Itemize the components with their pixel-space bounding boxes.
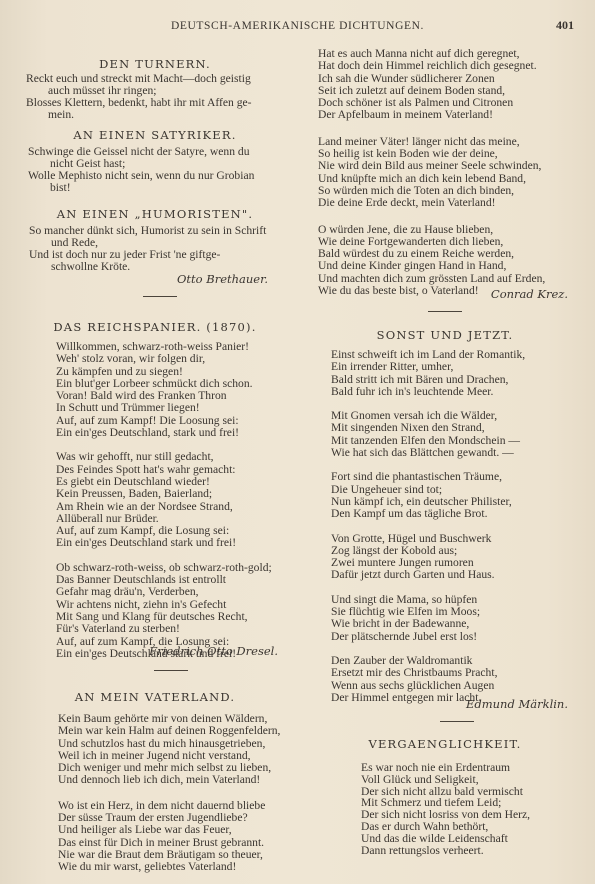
verse-line: In Schutt und Trümmer liegen! <box>56 402 296 414</box>
verse-line: Und dennoch lieb ich dich, mein Vaterlan… <box>58 774 308 786</box>
author-edmund-maerklin: Edmund Märklin. <box>310 697 568 711</box>
poem-title-sonst-und-jetzt: SONST UND JETZT. <box>310 328 580 342</box>
verse-line: Wie bricht in der Badewanne, <box>331 618 581 630</box>
verse-line: Nie wird dein Bild aus meiner Seele schw… <box>318 160 588 172</box>
verse-line: Mein war kein Halm auf deinen Roggenfeld… <box>58 725 308 737</box>
poem-den-turnern: Reckt euch und streckt mit Macht—doch ge… <box>26 73 296 121</box>
verse-line: Und das die wilde Leidenschaft <box>361 833 591 845</box>
verse-line: Weh' stolz voran, wir folgen dir, <box>56 353 296 365</box>
verse-line: Dann rettungslos verheert. <box>361 845 591 857</box>
stanza: Mit Gnomen versah ich die Wälder, Mit si… <box>331 410 581 459</box>
verse-line: O würden Jene, die zu Hause blieben, <box>318 224 588 236</box>
stanza: Fort sind die phantastischen Träume, Die… <box>331 471 581 520</box>
verse-line: Der Apfelbaum in meinem Vaterland! <box>318 109 588 121</box>
stanza: Wo ist ein Herz, in dem nicht dauernd bl… <box>58 800 308 874</box>
book-page: DEUTSCH-AMERIKANISCHE DICHTUNGEN. 401 DE… <box>0 0 595 884</box>
verse-line: Für's Vaterland zu sterben! <box>56 623 296 635</box>
author-conrad-krez: Conrad Krez. <box>310 287 568 301</box>
poem-title-humoristen: AN EINEN „HUMORISTEN". <box>20 207 290 221</box>
verse-line: mein. <box>26 109 296 121</box>
stanza: Land meiner Väter! länger nicht das mein… <box>318 136 588 210</box>
poem-sonst-und-jetzt: Einst schweift ich im Land der Romantik,… <box>331 349 581 704</box>
poem-title-vaterland: AN MEIN VATERLAND. <box>20 690 290 704</box>
author-friedrich-otto-dresel: Friedrich Otto Dresel. <box>20 644 278 658</box>
poem-title-vergaenglichkeit: VERGAENGLICHKEIT. <box>310 737 580 751</box>
verse-line: Wie hat sich das Blättchen gewandt. — <box>331 447 581 459</box>
stanza: Und singt die Mama, so hüpfen Sie flücht… <box>331 594 581 643</box>
verse-line: Und heiliger als Liebe war das Feuer, <box>58 824 308 836</box>
verse-line: Bald fuhr ich in's leuchtende Meer. <box>331 386 581 398</box>
verse-line: Und deine Kinder gingen Hand in Hand, <box>318 260 588 272</box>
verse-line: Am Rhein wie an der Nordsee Strand, <box>56 501 296 513</box>
verse-line: Gefahr mag dräu'n, Verderben, <box>56 586 296 598</box>
section-divider <box>154 670 188 671</box>
page-number: 401 <box>556 18 574 33</box>
verse-line: Kein Preussen, Baden, Baierland; <box>56 488 296 500</box>
verse-line: Ein ein'ges Deutschland stark und frei! <box>56 537 296 549</box>
verse-line: Mit singenden Nixen den Strand, <box>331 422 581 434</box>
poem-vergaenglichkeit: Es war noch nie ein Erdentraum Voll Glüc… <box>361 762 591 856</box>
stanza: Hat es auch Manna nicht auf dich geregne… <box>318 48 588 122</box>
poem-satyriker: Schwinge die Geissel nicht der Satyre, w… <box>28 146 298 194</box>
verse-line: Hat doch dein Himmel reichlich dich gese… <box>318 60 588 72</box>
verse-line: Die deine Erde deckt, mein Vaterland! <box>318 197 588 209</box>
verse-line: Ein ein'ges Deutschland, stark und frei! <box>56 427 296 439</box>
poem-vaterland-continued: Hat es auch Manna nicht auf dich geregne… <box>318 48 588 297</box>
verse-line: Den Kampf um das tägliche Brot. <box>331 508 581 520</box>
running-title: DEUTSCH-AMERIKANISCHE DICHTUNGEN. <box>0 20 595 32</box>
stanza: Willkommen, schwarz-roth-weiss Panier! W… <box>56 341 296 439</box>
verse-line: Wenn aus sechs glücklichen Augen <box>331 680 581 692</box>
verse-line: Ein irrender Ritter, umher, <box>331 361 581 373</box>
verse-line: Was wir gehofft, nur still gedacht, <box>56 451 296 463</box>
verse-line: Fort sind die phantastischen Träume, <box>331 471 581 483</box>
verse-line: Voll Glück und Seligkeit, <box>361 774 591 786</box>
stanza: Einst schweift ich im Land der Romantik,… <box>331 349 581 398</box>
verse-line: Das er durch Wahn bethört, <box>361 821 591 833</box>
stanza: Kein Baum gehörte mir von deinen Wäldern… <box>58 713 308 787</box>
section-divider <box>428 311 462 312</box>
poem-humoristen: So mancher dünkt sich, Humorist zu sein … <box>29 225 299 273</box>
section-divider <box>143 296 177 297</box>
verse-line: Dafür jetzt durch Garten und Haus. <box>331 569 581 581</box>
verse-line: Der plätschernde Jubel erst los! <box>331 631 581 643</box>
verse-line: bist! <box>28 182 298 194</box>
poem-vaterland: Kein Baum gehörte mir von deinen Wäldern… <box>58 713 308 874</box>
poem-title-reichspanier: DAS REICHSPANIER. (1870). <box>20 320 290 334</box>
stanza: Von Grotte, Hügel und Buschwerk Zog läng… <box>331 533 581 582</box>
verse-line: Von Grotte, Hügel und Buschwerk <box>331 533 581 545</box>
poem-reichspanier: Willkommen, schwarz-roth-weiss Panier! W… <box>56 341 296 660</box>
author-otto-brethauer: Otto Brethauer. <box>20 272 268 286</box>
verse-line: Ersetzt mir des Christbaums Pracht, <box>331 667 581 679</box>
section-divider <box>440 721 474 722</box>
verse-line: Wie du mir warst, geliebtes Vaterland! <box>58 861 308 873</box>
stanza: Was wir gehofft, nur still gedacht, Des … <box>56 451 296 549</box>
poem-title-den-turnern: DEN TURNERN. <box>20 57 290 71</box>
poem-title-satyriker: AN EINEN SATYRIKER. <box>20 128 290 142</box>
